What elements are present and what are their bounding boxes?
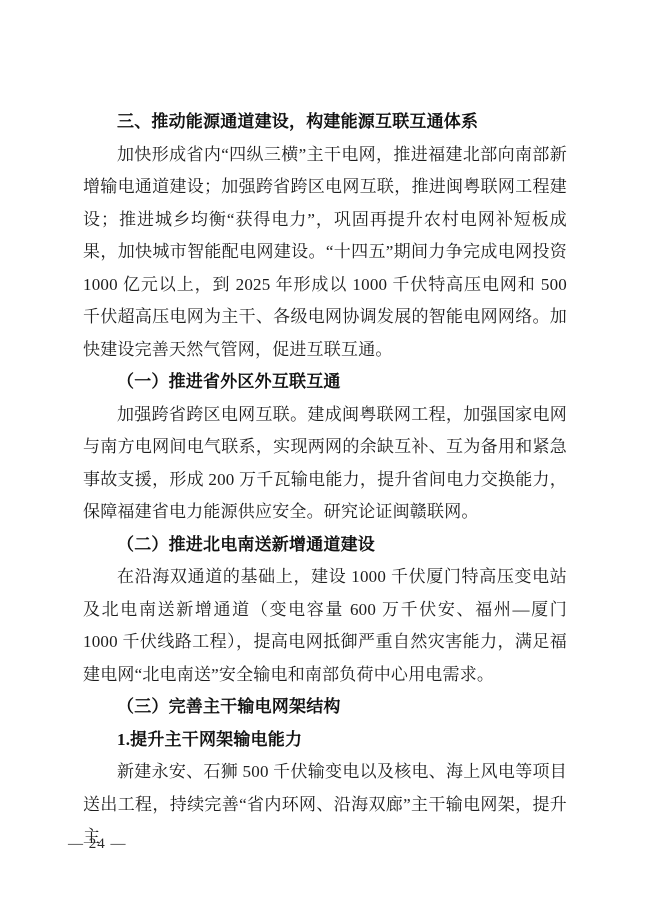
document-content: 三、推动能源通道建设，构建能源互联互通体系加快形成省内“四纵三横”主干电网，推进…: [83, 106, 567, 854]
heading-h3: 1.提升主干网架输电能力: [83, 724, 567, 757]
paragraph: 新建永安、石狮 500 千伏输变电以及核电、海上风电等项目送出工程，持续完善“省…: [83, 756, 567, 854]
paragraph: 加快形成省内“四纵三横”主干电网，推进福建北部向南部新增输电通道建设；加强跨省跨…: [83, 139, 567, 367]
heading-h2: （一）推进省外区外互联互通: [83, 366, 567, 399]
document-page: 三、推动能源通道建设，构建能源互联互通体系加快形成省内“四纵三横”主干电网，推进…: [0, 0, 650, 919]
page-number: — 24 —: [68, 836, 127, 853]
paragraph: 在沿海双通道的基础上，建设 1000 千伏厦门特高压变电站及北电南送新增通道（变…: [83, 561, 567, 691]
heading-h2: （二）推进北电南送新增通道建设: [83, 529, 567, 562]
paragraph: 加强跨省跨区电网互联。建成闽粤联网工程，加强国家电网与南方电网间电气联系，实现两…: [83, 399, 567, 529]
heading-h2: （三）完善主干输电网架结构: [83, 691, 567, 724]
heading-h1: 三、推动能源通道建设，构建能源互联互通体系: [83, 106, 567, 139]
